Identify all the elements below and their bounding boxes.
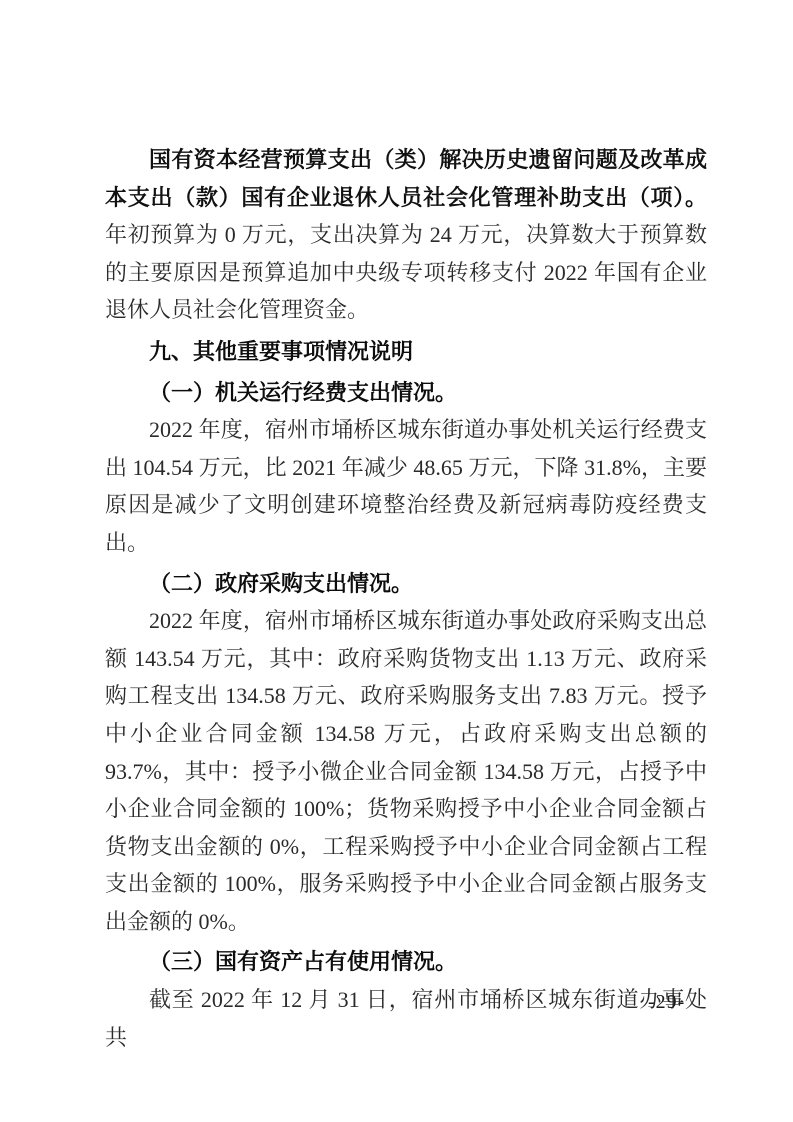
heading-section-nine: 九、其他重要事项情况说明 — [105, 333, 707, 371]
document-content: 国有资本经营预算支出（类）解决历史遗留问题及改革成本支出（款）国有企业退休人员社… — [105, 141, 707, 1056]
page-number: -29- — [648, 991, 685, 1014]
paragraph-budget-item-title: 国有资本经营预算支出（类）解决历史遗留问题及改革成本支出（款）国有企业退休人员社… — [105, 147, 707, 210]
paragraph-government-procurement: 2022 年度，宿州市埇桥区城东街道办事处政府采购支出总额 143.54 万元，… — [105, 602, 707, 940]
document-page: 国有资本经营预算支出（类）解决历史遗留问题及改革成本支出（款）国有企业退休人员社… — [0, 0, 793, 1122]
paragraph-budget-item-text: 年初预算为 0 万元，支出决算为 24 万元，决算数大于预算数的主要原因是预算追… — [105, 222, 707, 322]
paragraph-state-assets: 截至 2022 年 12 月 31 日，宿州市埇桥区城东街道办事处共 — [105, 981, 707, 1056]
heading-subsection-three: （三）国有资产占有使用情况。 — [105, 943, 707, 981]
heading-subsection-two: （二）政府采购支出情况。 — [105, 565, 707, 603]
paragraph-operating-expenses: 2022 年度，宿州市埇桥区城东街道办事处机关运行经费支出 104.54 万元，… — [105, 411, 707, 561]
paragraph-budget-item: 国有资本经营预算支出（类）解决历史遗留问题及改革成本支出（款）国有企业退休人员社… — [105, 141, 707, 329]
heading-subsection-one: （一）机关运行经费支出情况。 — [105, 374, 707, 412]
